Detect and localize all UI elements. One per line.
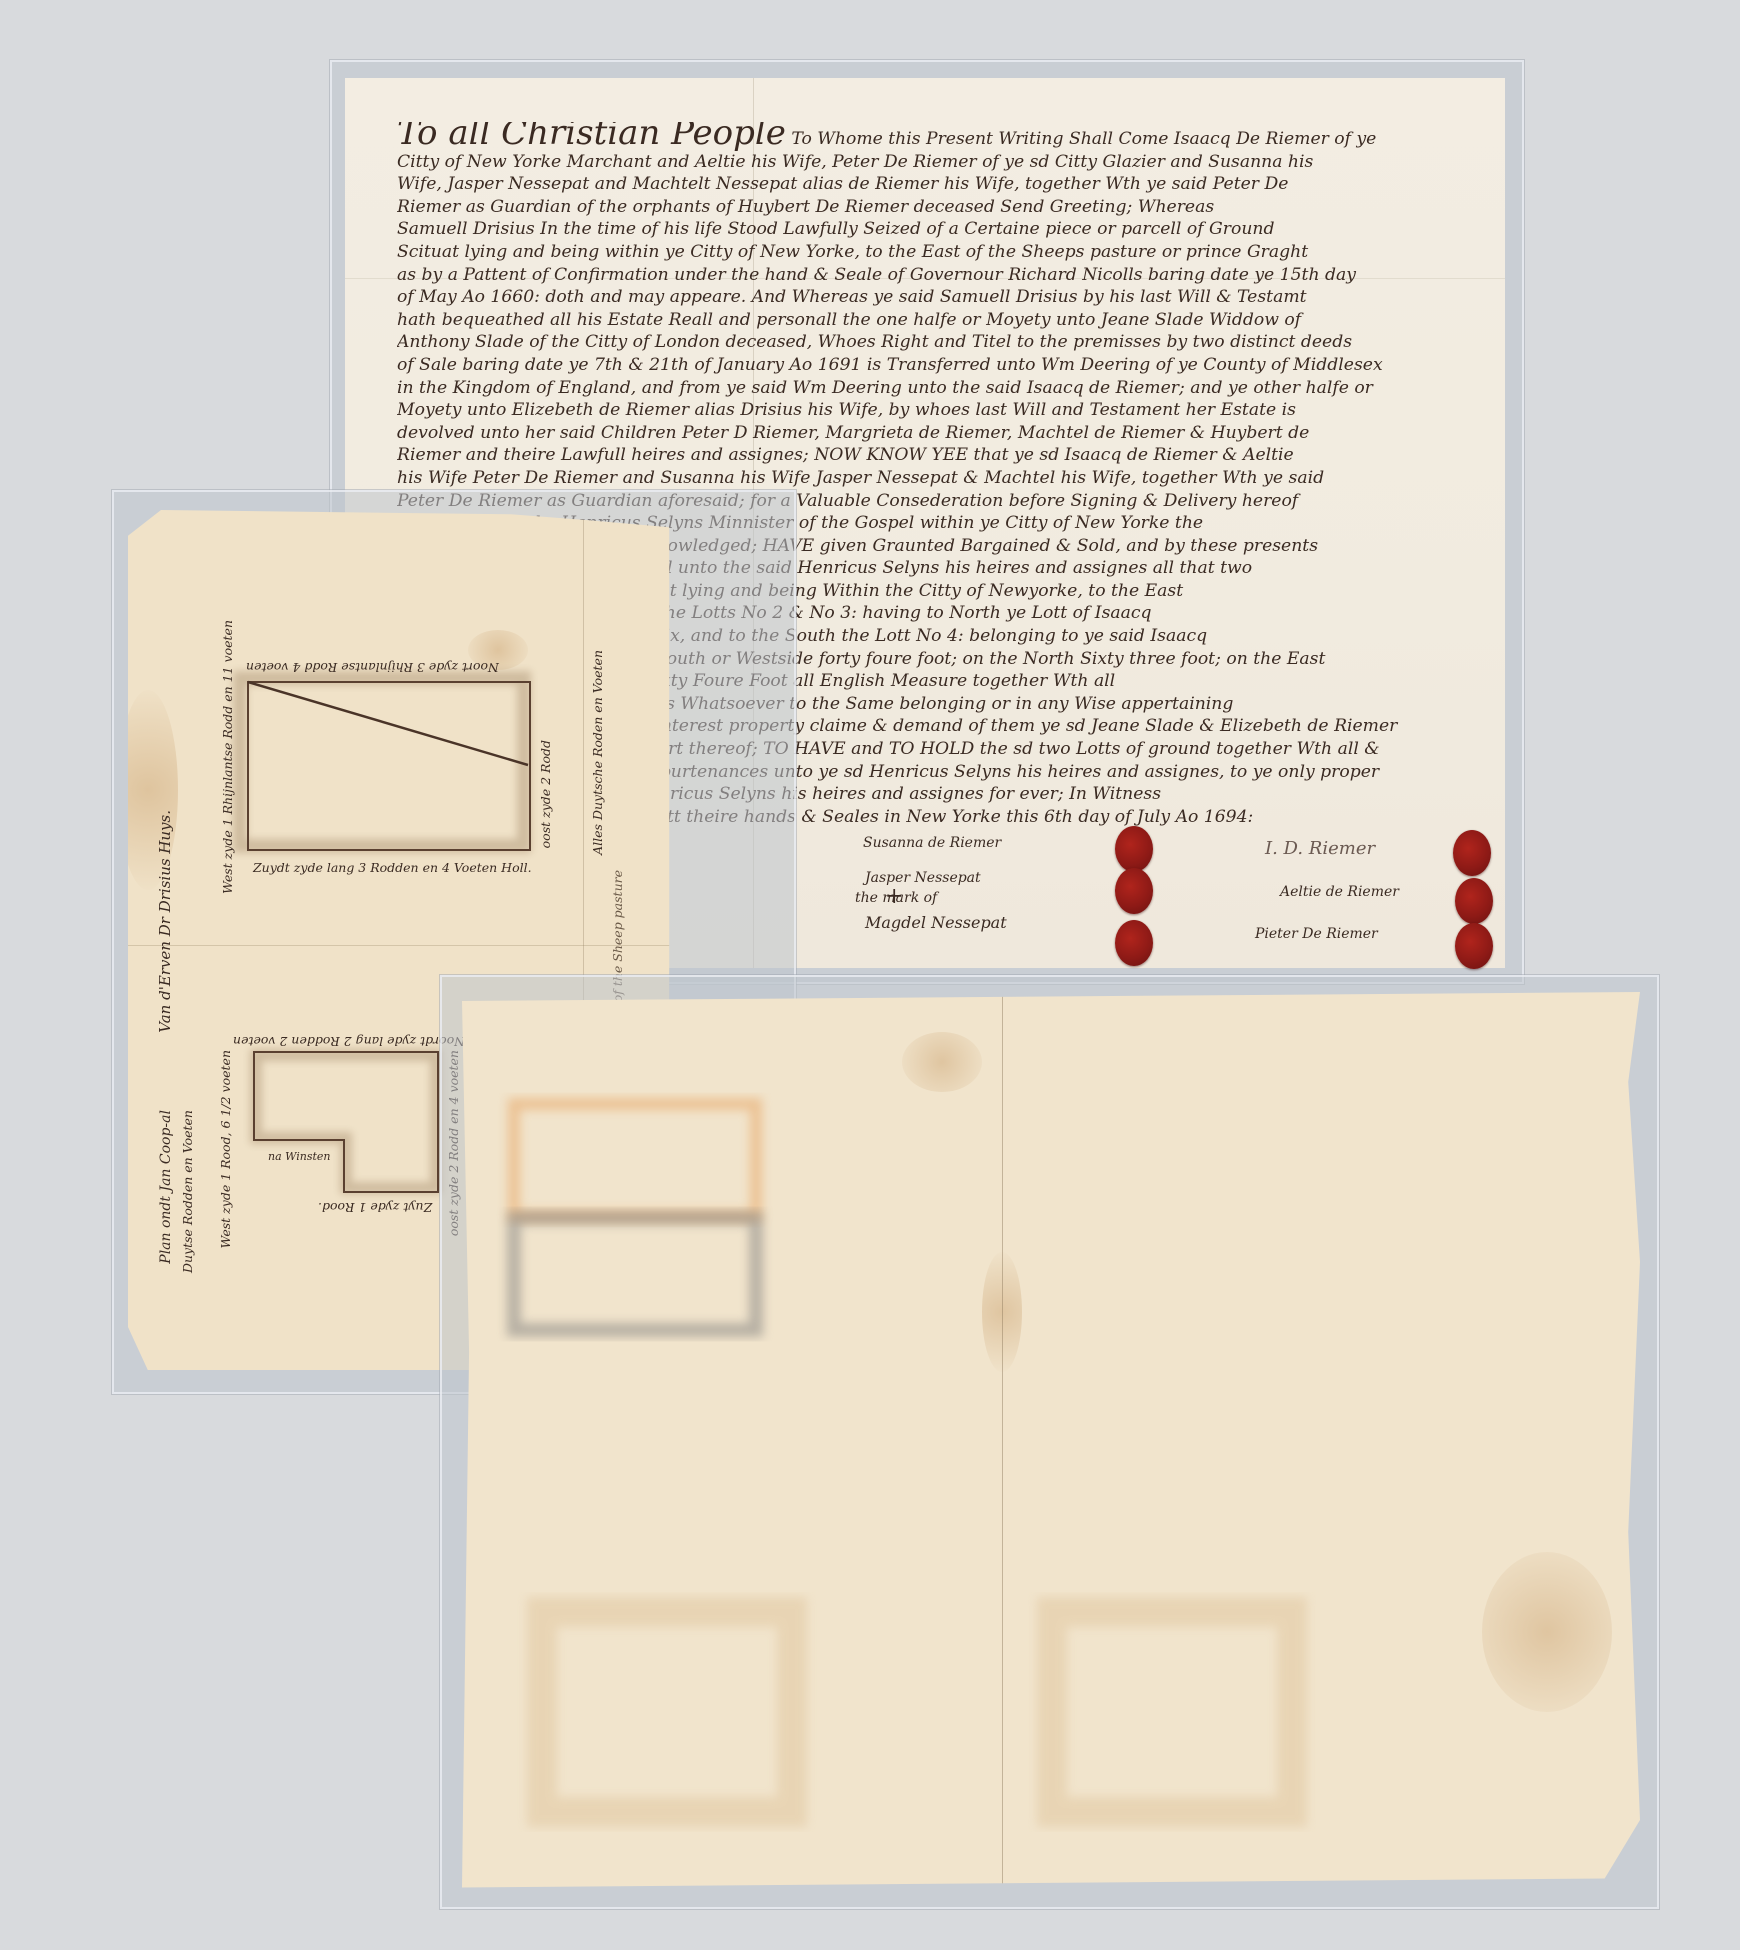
- deed-line: as by a Pattent of Confirmation under th…: [397, 264, 1487, 287]
- wax-seal: [1115, 826, 1153, 872]
- lower-west-label: West zyde 1 Rood, 6 1/2 voeten: [218, 1050, 233, 1248]
- wax-seal: [1115, 868, 1153, 914]
- deed-line: Scituat lying and being within ye Citty …: [397, 241, 1487, 264]
- deed-line: Wife, Jasper Nessepat and Machtelt Nesse…: [397, 173, 1487, 196]
- deed-line: Citty of New Yorke Marchant and Aeltie h…: [397, 151, 1487, 174]
- lower-measure-note: Duytse Rodden en Voeten: [180, 1110, 195, 1273]
- deed-line: Anthony Slade of the Citty of London dec…: [397, 331, 1487, 354]
- plan-large-document: [462, 992, 1640, 1892]
- deed-line: Riemer as Guardian of the orphants of Hu…: [397, 196, 1487, 219]
- lower-north-label: Noordt zyde lang 2 Rodden 2 voeten: [233, 1034, 465, 1049]
- signature-magdel: Magdel Nessepat: [865, 913, 1007, 932]
- measure-note: Alles Duytsche Roden en Voeten: [590, 650, 605, 855]
- deed-line: in the Kingdom of England, and from ye s…: [397, 377, 1487, 400]
- signature-jasper: Jasper Nessepat: [865, 870, 981, 886]
- deed-line: Samuell Drisius In the time of his life …: [397, 218, 1487, 241]
- deed-line: hath bequeathed all his Estate Reall and…: [397, 309, 1487, 332]
- lower-notch-label: na Winsten: [268, 1150, 331, 1163]
- deed-line: of Sale baring date ye 7th & 21th of Jan…: [397, 354, 1487, 377]
- deed-line: Riemer and theire Lawfull heires and ass…: [397, 444, 1487, 467]
- wax-seal: [1453, 830, 1491, 876]
- signature-aeltie: Aeltie de Riemer: [1280, 884, 1399, 900]
- deed-line: his Wife Peter De Riemer and Susanna his…: [397, 467, 1487, 490]
- deed-title: To all Christian People: [397, 122, 786, 151]
- east-side-label: oost zyde 2 Rodd: [538, 740, 553, 848]
- deed-line: devolved unto her said Children Peter D …: [397, 422, 1487, 445]
- signature-susanna: Susanna de Riemer: [863, 835, 1001, 851]
- deed-line: of May Ao 1660: doth and may appeare. An…: [397, 286, 1487, 309]
- north-side-label: Noort zyde 3 Rhijnlantse Rodd 4 voeten: [246, 660, 499, 675]
- south-side-label: Zuydt zyde lang 3 Rodden en 4 Voeten Hol…: [253, 860, 532, 875]
- lower-south-label: Zuyt zyde 1 Rood.: [318, 1200, 432, 1215]
- lower-plan-title: Plan ondt Jan Coop-al: [158, 1110, 174, 1264]
- plan-title: Van d'Erven Dr Drisius Huys.: [156, 810, 174, 1033]
- plan-large-drawing: [462, 992, 1640, 1892]
- signature-pieter: Pieter De Riemer: [1255, 926, 1378, 942]
- signature-isaacq: I. D. Riemer: [1265, 838, 1375, 859]
- deed-line: Moyety unto Elizebeth de Riemer alias Dr…: [397, 399, 1487, 422]
- wax-seal: [1455, 923, 1493, 969]
- cross-mark-icon: +: [885, 884, 903, 909]
- deed-line: To all Christian People To Whome this Pr…: [397, 122, 1487, 151]
- wax-seal: [1115, 920, 1153, 966]
- wax-seal: [1455, 878, 1493, 924]
- west-side-label: West zyde 1 Rhijnlantse Rodd en 11 voete…: [220, 620, 235, 894]
